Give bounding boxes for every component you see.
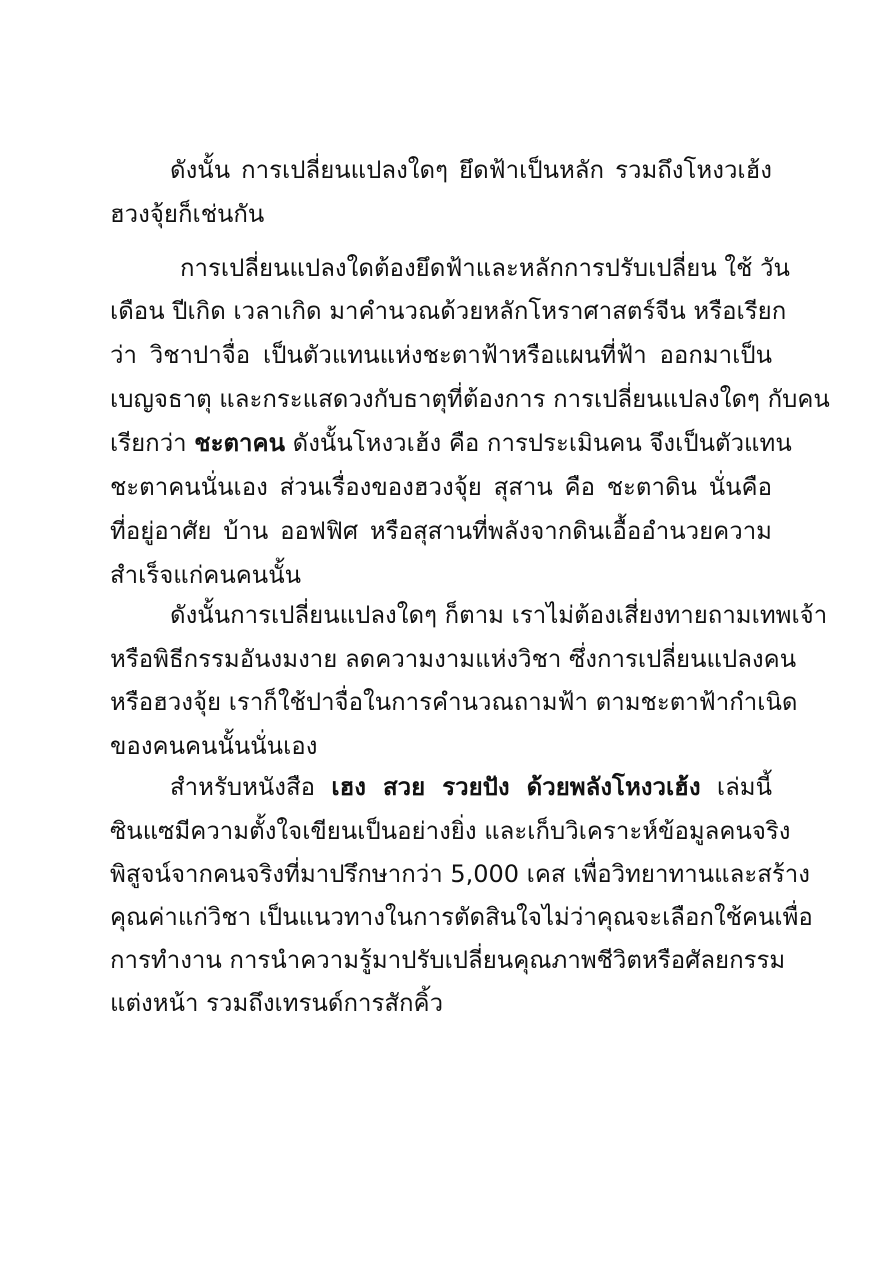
paragraph-3-line-1: ดังนั้นการเปลี่ยนแปลงใดๆ ก็ตาม เราไม่ต้อ…: [170, 600, 772, 630]
paragraph-2-line-4: เบญจธาตุ และกระแสดวงกับธาตุที่ต้องการ กา…: [110, 384, 772, 414]
paragraph-4-line-1: สำหรับหนังสือ เฮง สวย รวยปัง ด้วยพลังโหง…: [170, 772, 772, 802]
paragraph-2-line-3: ว่า วิชาปาจื่อ เป็นตัวแทนแห่งชะตาฟ้าหรือ…: [110, 340, 772, 370]
paragraph-1-line-1: ดังนั้น การเปลี่ยนแปลงใดๆ ยึดฟ้าเป็นหลัก…: [170, 155, 772, 185]
paragraph-2-line-8: สำเร็จแก่คนคนนั้น: [110, 560, 772, 590]
paragraph-2-line-1: การเปลี่ยนแปลงใดต้องยึดฟ้าและหลักการปรับ…: [180, 253, 772, 283]
text-after: ดังนั้นโหงวเฮ้ง คือ การประเมินคน จึงเป็น…: [285, 429, 792, 457]
text-before: เรียกว่า: [110, 429, 194, 457]
text-before: สำหรับหนังสือ: [170, 773, 331, 801]
paragraph-2-line-6: ชะตาคนนั่นเอง ส่วนเรื่องของฮวงจุ้ย สุสาน…: [110, 472, 772, 502]
paragraph-4-line-6: แต่งหน้า รวมถึงเทรนด์การสักคิ้ว: [110, 988, 772, 1018]
bold-term: ชะตาคน: [194, 429, 285, 457]
paragraph-2-line-5: เรียกว่า ชะตาคน ดังนั้นโหงวเฮ้ง คือ การป…: [110, 428, 772, 458]
book-title: เฮง สวย รวยปัง ด้วยพลังโหงวเฮ้ง: [331, 773, 700, 801]
paragraph-3-line-2: หรือพิธีกรรมอันงมงาย ลดความงามแห่งวิชา ซ…: [110, 644, 772, 674]
text-after: เล่มนี้: [701, 773, 772, 801]
document-page: ดังนั้น การเปลี่ยนแปลงใดๆ ยึดฟ้าเป็นหลัก…: [0, 0, 881, 1281]
paragraph-3-line-3: หรือฮวงจุ้ย เราก็ใช้ปาจื่อในการคำนวณถามฟ…: [110, 687, 772, 717]
paragraph-3-line-4: ของคนคนนั้นนั่นเอง: [110, 731, 772, 761]
paragraph-1-line-2: ฮวงจุ้ยก็เช่นกัน: [110, 199, 772, 229]
paragraph-4-line-2: ซินแซมีความตั้งใจเขียนเป็นอย่างยิ่ง และเ…: [110, 816, 772, 846]
paragraph-2-line-2: เดือน ปีเกิด เวลาเกิด มาคำนวณด้วยหลักโหร…: [110, 296, 772, 326]
paragraph-2-line-7: ที่อยู่อาศัย บ้าน ออฟฟิศ หรือสุสานที่พลั…: [110, 516, 772, 546]
paragraph-4-line-5: การทำงาน การนำความรู้มาปรับเปลี่ยนคุณภาพ…: [110, 945, 772, 975]
paragraph-4-line-4: คุณค่าแก่วิชา เป็นแนวทางในการตัดสินใจไม่…: [110, 902, 772, 932]
paragraph-4-line-3: พิสูจน์จากคนจริงที่มาปรึกษากว่า 5,000 เค…: [110, 859, 772, 889]
